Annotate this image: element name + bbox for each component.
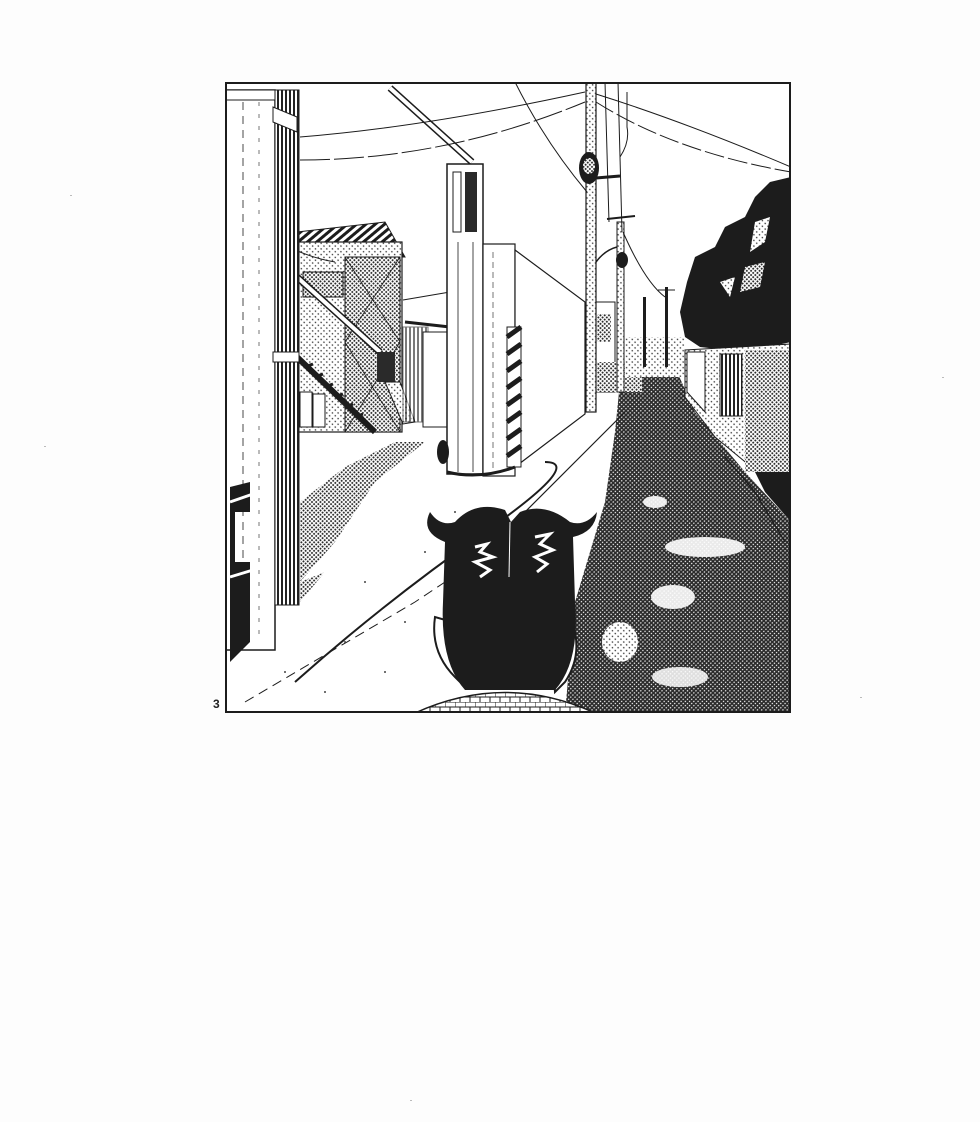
scan-speck bbox=[410, 1100, 412, 1101]
scan-speck bbox=[860, 697, 862, 698]
page-number: 3 bbox=[213, 697, 220, 711]
comic-panel bbox=[225, 82, 791, 713]
foreground-pole bbox=[225, 90, 299, 662]
scan-speck bbox=[44, 446, 46, 447]
comic-page: 3 bbox=[0, 0, 980, 1122]
scan-speck bbox=[70, 195, 72, 196]
scan-speck bbox=[942, 377, 944, 378]
